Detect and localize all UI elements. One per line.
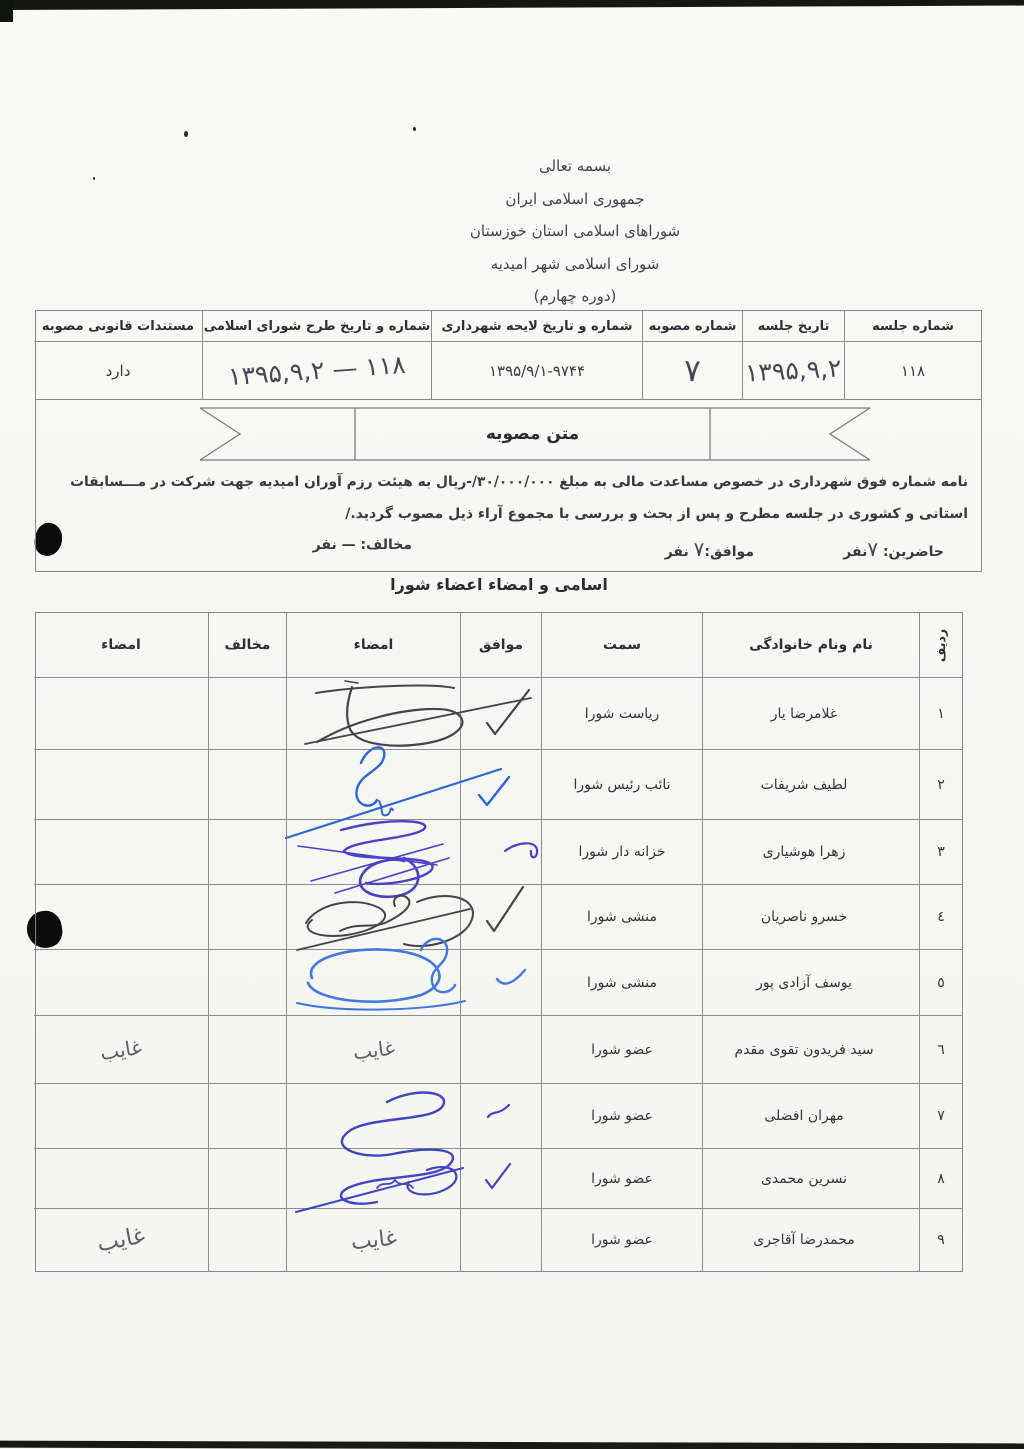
signature2-cell	[34, 950, 208, 1016]
member-name: سید فریدون تقوی مقدم	[702, 1016, 919, 1084]
col-header-oppose: مخالف	[208, 613, 286, 678]
member-name: زهرا هوشیاری	[702, 820, 919, 885]
absent-handwriting: غایب	[351, 1035, 395, 1064]
letterhead-line-province-councils: شوراهای اسلامی استان خوزستان	[330, 215, 820, 248]
signature-cell	[286, 1084, 460, 1149]
member-name: لطیف شریفات	[702, 750, 919, 820]
resolution-no-handwriting: ۷	[684, 352, 702, 389]
value-session-no: ۱۱۸	[844, 342, 981, 399]
agree-cell	[460, 750, 541, 820]
agree-cell	[460, 885, 541, 950]
col-header-role: سمت	[541, 613, 702, 678]
absent-handwriting: غایب	[99, 1034, 144, 1064]
signature2-cell	[34, 750, 208, 820]
value-bill-no-date: ۱۳۹۵/۹/۱-۹۷۴۴	[431, 342, 642, 399]
row-no-label: ردیف	[934, 628, 949, 661]
scan-edge-top-left-corner	[0, 0, 13, 22]
agree-cell	[460, 1209, 541, 1271]
oppose-cell	[208, 950, 286, 1016]
scan-edge-top	[0, 0, 1024, 10]
oppose-cell	[208, 1149, 286, 1209]
signature2-cell	[34, 678, 208, 750]
agree-cell	[460, 950, 541, 1016]
value-plan-no-date: ۱۳۹۵,۹,۲ — ۱۱۸	[202, 342, 431, 399]
absent-handwriting: غایب	[95, 1223, 147, 1258]
ink-speck	[93, 177, 95, 180]
oppose-unit: نفر	[313, 537, 337, 553]
col-header-signature: امضاء	[286, 613, 460, 678]
resolution-text-line1: نامه شماره فوق شهرداری در خصوص مساعدت ما…	[70, 474, 968, 490]
agree-cell	[460, 1084, 541, 1149]
row-no: ۳	[919, 820, 962, 885]
member-name: مهران افضلی	[702, 1084, 919, 1149]
col-header-row-no: ردیف	[919, 613, 962, 678]
ink-speck	[184, 131, 188, 137]
col-header-name: نام ونام خانوادگی	[702, 613, 919, 678]
member-role: عضو شورا	[541, 1016, 702, 1084]
row-no: ۱	[919, 678, 962, 750]
present-label: حاضرین:	[883, 544, 944, 560]
col-header-agree: موافق	[460, 613, 541, 678]
signature2-cell	[34, 820, 208, 885]
oppose-cell	[208, 678, 286, 750]
scanned-document-page: بسمه تعالی جمهوری اسلامی ایران شوراهای ا…	[0, 0, 1024, 1449]
signature2-cell	[34, 1084, 208, 1149]
present-value-handwriting: ۷	[867, 537, 878, 561]
member-name: یوسف آزادی پور	[702, 950, 919, 1016]
member-role: خزانه دار شورا	[541, 820, 702, 885]
value-resolution-no: ۷	[642, 342, 742, 399]
member-role: عضو شورا	[541, 1084, 702, 1149]
plan-no-date-handwriting: ۱۳۹۵,۹,۲ — ۱۱۸	[227, 350, 406, 391]
session-info-table: شماره جلسه تاریخ جلسه شماره مصوبه شماره …	[35, 310, 982, 400]
member-name: نسرین محمدی	[702, 1149, 919, 1209]
scan-edge-bottom	[0, 1441, 1024, 1449]
row-no: ٦	[919, 1016, 962, 1084]
col-header-signature-2: امضاء	[34, 613, 208, 678]
header-resolution-no: شماره مصوبه	[642, 311, 742, 342]
letterhead: بسمه تعالی جمهوری اسلامی ایران شوراهای ا…	[330, 150, 820, 313]
oppose-cell	[208, 820, 286, 885]
agree-unit: نفر	[665, 544, 689, 560]
present-unit: نفر	[843, 544, 867, 560]
agree-cell	[460, 820, 541, 885]
header-session-no: شماره جلسه	[844, 311, 981, 342]
agree-cell	[460, 1149, 541, 1209]
header-legal-docs: مستندات قانونی مصوبه	[34, 311, 202, 342]
agree-value-handwriting: ۷	[694, 537, 705, 561]
attendance-present: حاضرین: ۷نفر	[843, 537, 944, 561]
row-no: ۸	[919, 1149, 962, 1209]
signature-cell	[286, 750, 460, 820]
signature2-cell: غایب	[34, 1209, 208, 1271]
signature2-cell	[34, 1149, 208, 1209]
member-role: ریاست شورا	[541, 678, 702, 750]
oppose-cell	[208, 1016, 286, 1084]
letterhead-line-country: جمهوری اسلامی ایران	[330, 183, 820, 216]
resolution-text-line2: استانی و کشوری در جلسه مطرح و پس از بحث …	[345, 506, 968, 522]
signature-cell: غایب	[286, 1209, 460, 1271]
member-name: خسرو ناصریان	[702, 885, 919, 950]
member-role: منشی شورا	[541, 950, 702, 1016]
members-table: ردیف نام ونام خانوادگی سمت موافق امضاء م…	[35, 612, 963, 1272]
row-no: ٥	[919, 950, 962, 1016]
letterhead-line-city-council: شورای اسلامی شهر امیدیه	[330, 248, 820, 281]
banner-title: متن مصوبه	[355, 404, 710, 464]
resolution-banner: متن مصوبه	[200, 404, 870, 464]
row-no: ۹	[919, 1209, 962, 1271]
member-name: غلامرضا یار	[702, 678, 919, 750]
agree-label: موافق:	[704, 544, 754, 560]
letterhead-line-basmala: بسمه تعالی	[330, 150, 820, 183]
member-role: منشی شورا	[541, 885, 702, 950]
session-date-handwriting: ۱۳۹۵,۹,۲	[745, 353, 843, 387]
member-role: عضو شورا	[541, 1149, 702, 1209]
letterhead-line-term: (دوره چهارم)	[330, 280, 820, 313]
oppose-value-dash: —	[342, 537, 356, 553]
header-bill-no-date: شماره و تاریخ لایحه شهرداری	[431, 311, 642, 342]
oppose-cell	[208, 1209, 286, 1271]
value-session-date: ۱۳۹۵,۹,۲	[742, 342, 844, 399]
oppose-label: مخالف:	[360, 537, 412, 553]
oppose-cell	[208, 885, 286, 950]
signature-cell	[286, 1149, 460, 1209]
member-role: عضو شورا	[541, 1209, 702, 1271]
oppose-cell	[208, 1084, 286, 1149]
ink-speck	[413, 127, 416, 131]
member-name: محمدرضا آقاجری	[702, 1209, 919, 1271]
header-plan-no-date: شماره و تاریخ طرح شورای اسلامی	[202, 311, 431, 342]
signature-cell	[286, 950, 460, 1016]
row-no: ۷	[919, 1084, 962, 1149]
signature-cell	[286, 678, 460, 750]
value-legal-docs: دارد	[34, 342, 202, 399]
attendance-oppose: مخالف: — نفر	[313, 537, 412, 553]
bill-no-date-text: ۱۳۹۵/۹/۱-۹۷۴۴	[489, 362, 585, 380]
oppose-cell	[208, 750, 286, 820]
signature-cell	[286, 885, 460, 950]
signature-cell: غایب	[286, 1016, 460, 1084]
row-no: ٤	[919, 885, 962, 950]
row-no: ۲	[919, 750, 962, 820]
absent-handwriting: غایب	[349, 1225, 397, 1255]
header-session-date: تاریخ جلسه	[742, 311, 844, 342]
members-table-title: اسامی و امضاء اعضاء شورا	[35, 575, 963, 594]
signature2-cell: غایب	[34, 1016, 208, 1084]
signature-cell	[286, 820, 460, 885]
member-role: نائب رئیس شورا	[541, 750, 702, 820]
session-no-text: ۱۱۸	[901, 362, 925, 380]
agree-cell	[460, 1016, 541, 1084]
attendance-agree: موافق:۷ نفر	[665, 537, 754, 561]
signature2-cell	[34, 885, 208, 950]
agree-cell	[460, 678, 541, 750]
